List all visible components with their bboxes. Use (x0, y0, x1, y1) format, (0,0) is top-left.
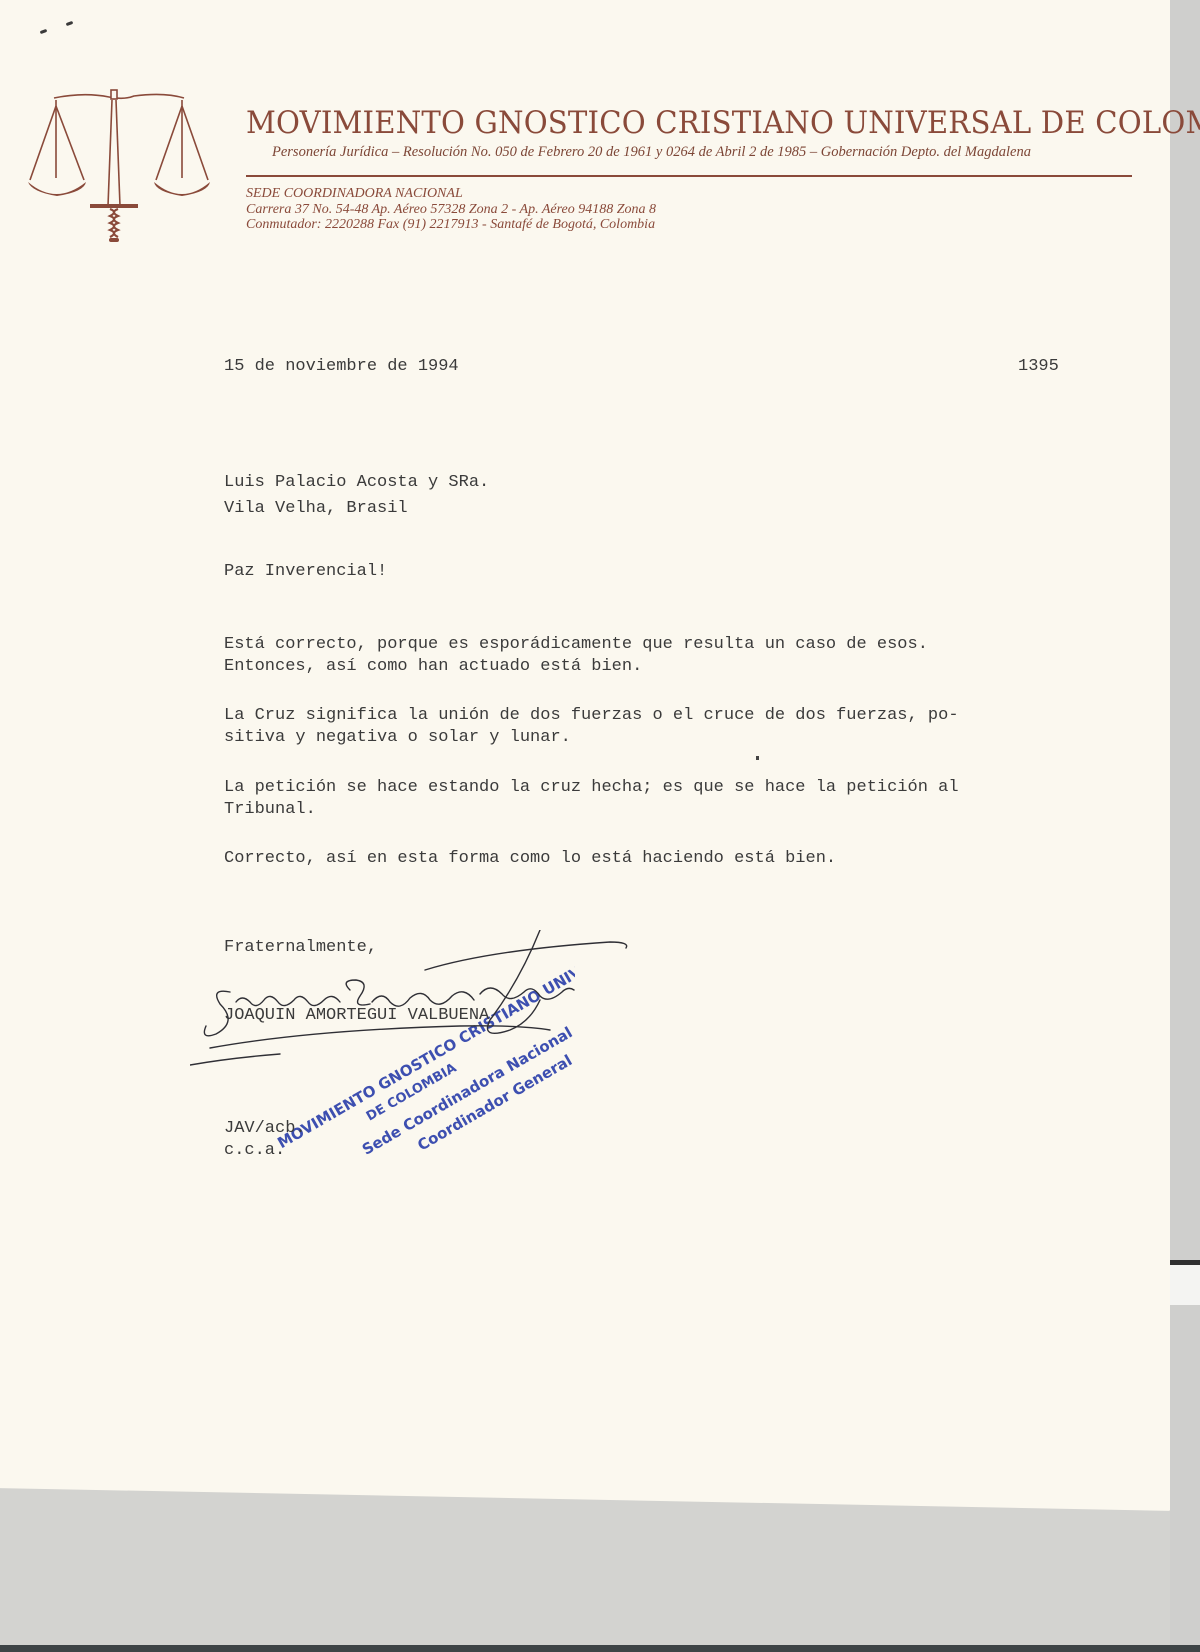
recipient-name: Luis Palacio Acosta y SRa. (224, 470, 489, 496)
copy-line: c.c.a. (224, 1140, 306, 1162)
scales-of-justice-sword-icon (24, 88, 214, 248)
paragraph-line: sitiva y negativa o solar y lunar. (224, 727, 959, 749)
salutation: Paz Inverencial! (224, 562, 387, 581)
paragraph-line: Entonces, así como han actuado está bien… (224, 656, 928, 678)
phone-fax: Conmutador: 2220288 Fax (91) 2217913 - S… (246, 217, 656, 233)
legal-registration-line: Personería Jurídica – Resolución No. 050… (272, 144, 1031, 161)
handwritten-signature (190, 930, 660, 1070)
letterhead-address: SEDE COORDINADORA NACIONAL Carrera 37 No… (246, 186, 656, 233)
street-address: Carrera 37 No. 54-48 Ap. Aéreo 57328 Zon… (246, 202, 656, 218)
organization-name: MOVIMIENTO GNOSTICO CRISTIANO UNIVERSAL … (246, 105, 1200, 141)
scan-edge-light (1170, 1265, 1200, 1305)
paragraph-line: Tribunal. (224, 799, 959, 821)
paragraph-line: La petición se hace estando la cruz hech… (224, 777, 959, 799)
scan-bottom-edge (0, 1645, 1200, 1652)
initials-line: JAV/acb. (224, 1118, 306, 1140)
paper-specks (38, 18, 78, 38)
reference-number: 1395 (1018, 357, 1059, 376)
letter-date: 15 de noviembre de 1994 (224, 357, 459, 376)
paragraph-line: Correcto, así en esta forma como lo está… (224, 848, 836, 870)
ink-speck (756, 756, 759, 760)
recipient-location: Vila Velha, Brasil (224, 496, 489, 522)
typist-initials: JAV/acb.c.c.a. (224, 1118, 306, 1162)
paragraph-line: La Cruz significa la unión de dos fuerza… (224, 705, 959, 727)
body-paragraph: Correcto, así en esta forma como lo está… (224, 848, 836, 870)
body-paragraph: Está correcto, porque es esporádicamente… (224, 634, 928, 678)
paragraph-line: Está correcto, porque es esporádicamente… (224, 634, 928, 656)
body-paragraph: La Cruz significa la unión de dos fuerza… (224, 705, 959, 749)
recipient-block: Luis Palacio Acosta y SRa.Vila Velha, Br… (224, 470, 489, 522)
office-name: SEDE COORDINADORA NACIONAL (246, 186, 656, 202)
scan-background-right (1170, 0, 1200, 1652)
letterhead-divider (246, 175, 1132, 177)
body-paragraph: La petición se hace estando la cruz hech… (224, 777, 959, 821)
